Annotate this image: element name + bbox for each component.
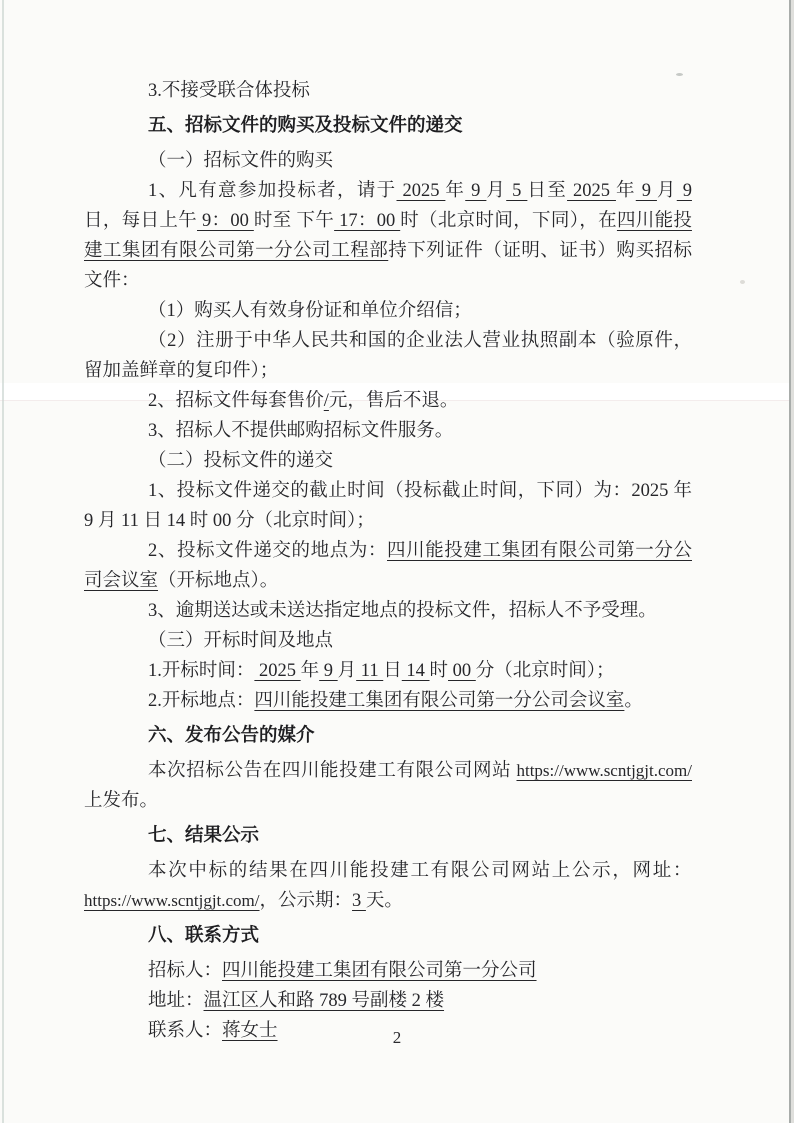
subheading-submission-of-bid-documents: （二）投标文件的递交 [84, 446, 692, 476]
text-segment: 上发布。 [84, 791, 158, 811]
text-segment: 年 [616, 181, 636, 201]
text-segment: 时 [430, 661, 449, 681]
text-segment: 9 [465, 181, 486, 201]
text-segment: 地址： [148, 991, 204, 1011]
text-segment: 六、发布公告的媒介 [148, 726, 315, 746]
text-segment: 11 [356, 661, 383, 681]
text-segment: 五、招标文件的购买及投标文件的递交 [148, 116, 463, 136]
text-segment: 分（北京时间）； [476, 661, 615, 681]
text-segment: 月 [657, 181, 677, 201]
clause-no-mail-order: 3、招标人不提供邮购招标文件服务。 [84, 416, 692, 446]
text-segment: 月 [338, 661, 357, 681]
scan-edge-left [2, 0, 4, 1123]
text-segment: 2、招标文件每套售价 [148, 391, 324, 411]
text-segment: 1.开标时间： [148, 661, 254, 681]
heading-section-seven: 七、结果公示 [84, 821, 692, 851]
text-segment: 时（北京时间，下同），在 [400, 211, 617, 231]
text-segment: 日至 [527, 181, 567, 201]
text-segment: 1、凡有意参加投标者，请于 [148, 181, 397, 201]
url-link[interactable]: https://www.scntjgjt.com/ [84, 891, 260, 910]
clause-required-id: （1）购买人有效身份证和单位介绍信； [84, 296, 692, 326]
text-segment: 四川能投建工集团有限公司第一分公司会议室 [254, 691, 624, 711]
text-segment: 时至 下午 [254, 211, 334, 231]
text-segment: （一）招标文件的购买 [148, 151, 333, 171]
clause-result-publicity: 本次中标的结果在四川能投建工有限公司网站上公示，网址：https://www.s… [84, 856, 692, 916]
text-segment: 2.开标地点： [148, 691, 254, 711]
clause-submission-deadline: 1、投标文件递交的截止时间（投标截止时间，下同）为：2025 年 9 月 11 … [84, 476, 692, 536]
heading-section-eight: 八、联系方式 [84, 921, 692, 951]
text-segment: 9 [319, 661, 338, 681]
text-segment: 八、联系方式 [148, 926, 259, 946]
clause-purchase-time-place: 1、凡有意参加投标者，请于 2025 年 9 月 5 日至 2025 年 9 月… [84, 176, 692, 296]
text-segment: 招标人： [148, 961, 222, 981]
subheading-bid-opening-time-place: （三）开标时间及地点 [84, 626, 692, 656]
clause-late-delivery: 3、逾期送达或未送达指定地点的投标文件，招标人不予受理。 [84, 596, 692, 626]
scan-speck [740, 280, 745, 284]
text-segment: （三）开标时间及地点 [148, 631, 333, 651]
clause-announcement-media: 本次招标公告在四川能投建工有限公司网站 https://www.scntjgjt… [84, 756, 692, 816]
url-link[interactable]: https://www.scntjgjt.com/ [516, 761, 692, 780]
text-segment: 2、投标文件递交的地点为： [148, 541, 387, 561]
text-segment: 七、结果公示 [148, 826, 259, 846]
text-segment: 元，售后不退。 [329, 391, 459, 411]
text-segment: 本次中标的结果在四川能投建工有限公司网站上公示，网址： [148, 861, 692, 881]
text-segment: 四川能投建工集团有限公司第一分公司 [222, 961, 537, 981]
document-body: 3.不接受联合体投标五、招标文件的购买及投标文件的递交（一）招标文件的购买1、凡… [84, 76, 692, 1046]
heading-section-six: 六、发布公告的媒介 [84, 721, 692, 751]
text-segment: 3 [352, 891, 366, 911]
text-segment: 9 [636, 181, 657, 201]
subheading-purchase-of-bid-documents: （一）招标文件的购买 [84, 146, 692, 176]
text-segment: 9：00 [197, 211, 254, 231]
text-segment: 年 [445, 181, 465, 201]
scanned-document-page: 3.不接受联合体投标五、招标文件的购买及投标文件的递交（一）招标文件的购买1、凡… [0, 0, 794, 1123]
contact-tenderer: 招标人：四川能投建工集团有限公司第一分公司 [84, 956, 692, 986]
text-segment: 年 [301, 661, 320, 681]
text-segment: 3、招标人不提供邮购招标文件服务。 [148, 421, 453, 441]
clause-no-consortium-bidding: 3.不接受联合体投标 [84, 76, 692, 106]
clause-submission-place: 2、投标文件递交的地点为：四川能投建工集团有限公司第一分公司会议室（开标地点）。 [84, 536, 692, 596]
clause-bid-opening-place: 2.开标地点：四川能投建工集团有限公司第一分公司会议室。 [84, 686, 692, 716]
text-segment: 3.不接受联合体投标 [148, 81, 310, 101]
text-segment: 1、投标文件递交的截止时间（投标截止时间，下同）为：2025 年 9 月 11 … [84, 481, 692, 531]
text-segment: （开标地点）。 [158, 571, 278, 591]
clause-document-price: 2、招标文件每套售价/元，售后不退。 [84, 386, 692, 416]
page-number: 2 [0, 1028, 794, 1048]
text-segment: 3、逾期送达或未送达指定地点的投标文件，招标人不予受理。 [148, 601, 657, 621]
text-segment: 2025 [254, 661, 300, 681]
text-segment: 9 [677, 181, 692, 201]
text-segment: 00 [448, 661, 476, 681]
text-segment: 17：00 [334, 211, 400, 231]
text-segment: 天。 [366, 891, 403, 911]
text-segment: 。 [624, 691, 643, 711]
text-segment: 本次招标公告在四川能投建工有限公司网站 [148, 761, 516, 781]
text-segment: 温江区人和路 789 号副楼 2 楼 [204, 991, 445, 1011]
clause-business-license: （2）注册于中华人民共和国的企业法人营业执照副本（验原件，留加盖鲜章的复印件）； [84, 326, 692, 386]
text-segment: 月 [486, 181, 506, 201]
text-segment: 5 [506, 181, 527, 201]
clause-bid-opening-time: 1.开标时间： 2025 年 9 月 11 日 14 时 00 分（北京时间）； [84, 656, 692, 686]
text-segment: ，公示期： [260, 891, 353, 911]
text-segment: （2）注册于中华人民共和国的企业法人营业执照副本（验原件，留加盖鲜章的复印件）； [84, 331, 692, 381]
heading-section-five: 五、招标文件的购买及投标文件的递交 [84, 111, 692, 141]
text-segment: 日，每日上午 [84, 211, 197, 231]
text-segment: 2025 [567, 181, 616, 201]
text-segment: 2025 [397, 181, 446, 201]
text-segment: （二）投标文件的递交 [148, 451, 333, 471]
text-segment: 日 [383, 661, 402, 681]
text-segment: 14 [402, 661, 430, 681]
text-segment: （1）购买人有效身份证和单位介绍信； [148, 301, 472, 321]
contact-address: 地址：温江区人和路 789 号副楼 2 楼 [84, 986, 692, 1016]
